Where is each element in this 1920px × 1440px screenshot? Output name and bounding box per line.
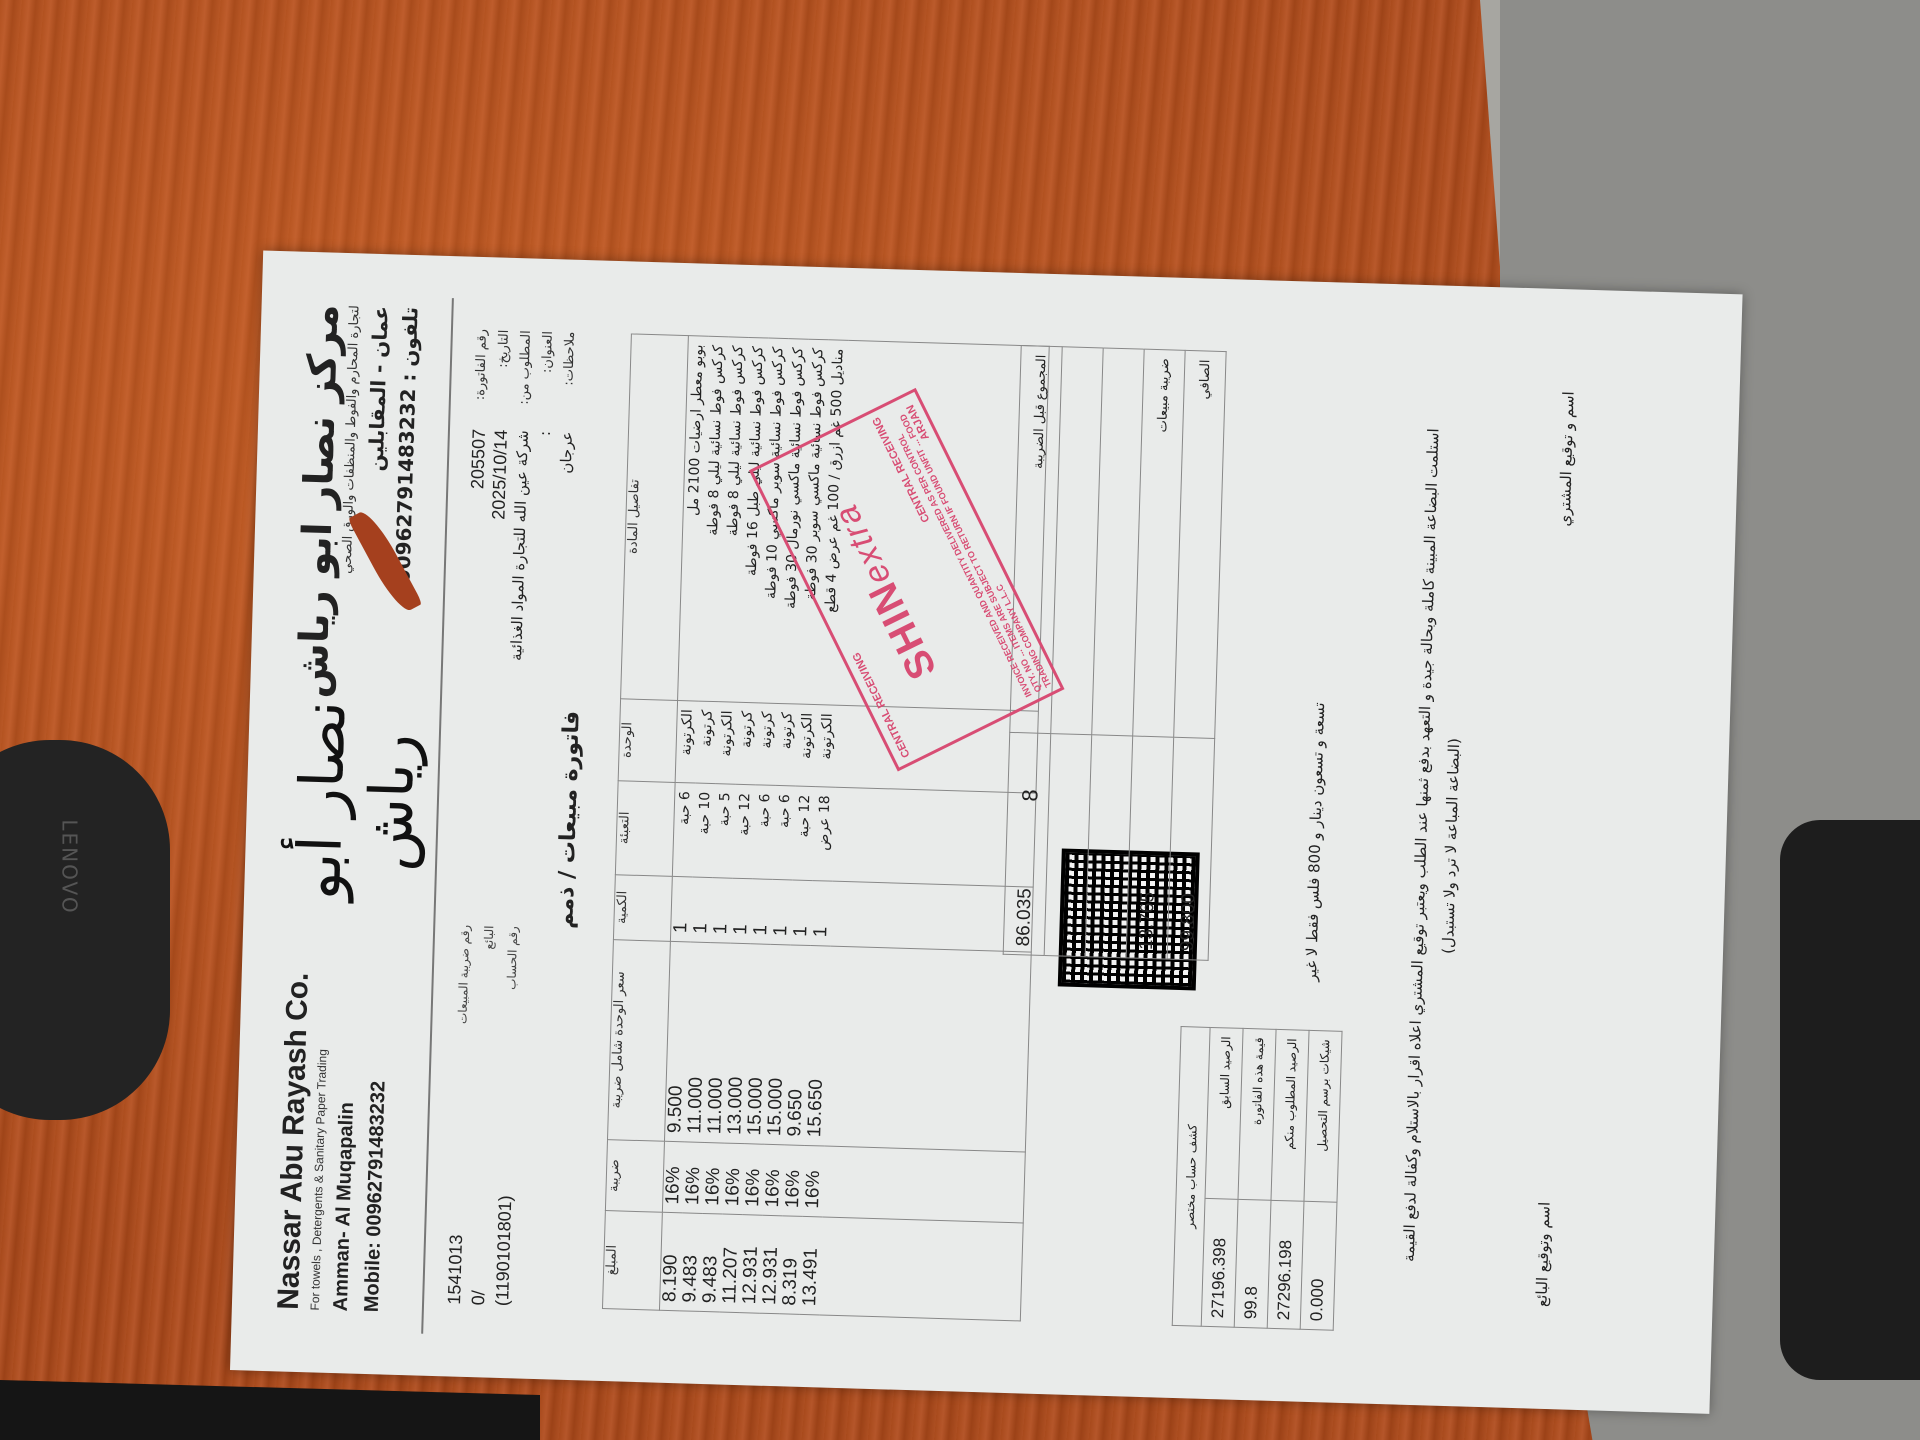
account-row-value: 27296.198: [1267, 1200, 1304, 1329]
items-header-3: الكمية: [613, 875, 672, 942]
item-pack: 5 حبة: [713, 784, 736, 878]
subtotal-value: 86.035: [1003, 733, 1051, 956]
item-unit: الكرتونة: [816, 705, 838, 788]
dark-object: [1780, 820, 1920, 1380]
invoice-header: Nassar Abu Rayash Co. For towels , Deter…: [271, 294, 454, 1334]
computer-mouse: [0, 740, 170, 1120]
invoice-date: 2025/10/14: [488, 429, 512, 520]
seller-label: البائع: [482, 925, 497, 949]
empty-cell: [1044, 734, 1092, 957]
items-header-6: المبلغ: [602, 1211, 662, 1310]
stamp-brand-suffix: extra: [826, 498, 898, 592]
invoice-no-label: رقم الفاتورة:: [472, 329, 490, 419]
address-label: العنوان:: [538, 331, 556, 421]
account-row-label: شيكات برسم التحصيل: [1304, 1030, 1342, 1201]
empty-cell: [1085, 735, 1133, 958]
sales-tax-value: 13.765: [1126, 736, 1174, 959]
item-unit: كرتونة: [696, 701, 718, 784]
vendor-mobile-ar: تلفون : 00962791483232: [386, 307, 422, 728]
item-unit: الكرتونة: [716, 702, 738, 785]
invoice-frame: Nassar Abu Rayash Co. For towels , Deter…: [271, 294, 1701, 1371]
notes-label: ملاحظات:: [560, 331, 578, 421]
vendor-english-block: Nassar Abu Rayash Co. For towels , Deter…: [272, 949, 395, 1312]
tax-number-label: رقم ضريبة المبيعات: [455, 925, 472, 1025]
vendor-address-en: Amman- Al Muqapalin: [330, 951, 364, 1312]
seller-signature-label: اسم وتوقيع البائع: [1532, 1202, 1553, 1308]
item-pack: 6 حبة: [672, 782, 695, 876]
item-pack: 10 حبة: [693, 783, 716, 877]
stamp-brand: SHINextra: [822, 497, 946, 687]
invoice-meta-left: 1541013رقم ضريبة المبيعات 0/البائع (1190…: [442, 924, 525, 1306]
account-row-label: قيمة هذه الفاتورة: [1238, 1028, 1276, 1199]
items-header-1: الوحدة: [618, 699, 677, 783]
account-number: (1190101801): [492, 1195, 516, 1306]
customer-address: :: [536, 431, 554, 437]
account-summary-table: كشف حساب مختصر الرصيد السابق27196.398قيم…: [1172, 1026, 1343, 1331]
items-header-5: ضريبة: [605, 1140, 664, 1213]
seller-code: 0/: [468, 1290, 489, 1306]
item-amount: 13.491: [800, 1217, 823, 1315]
items-header-2: التعبئة: [615, 781, 675, 877]
invoice-notes: عرجان: [557, 431, 576, 474]
account-summary-body: الرصيد السابق27196.398قيمة هذه الفاتورة9…: [1201, 1027, 1342, 1330]
item-pack: 6 حبة: [753, 785, 776, 879]
invoice-paper: Nassar Abu Rayash Co. For towels , Deter…: [230, 250, 1743, 1413]
date-label: التاريخ:: [494, 329, 512, 419]
account-row-label: الرصيد المطلوب منكم: [1271, 1029, 1309, 1200]
item-pack: 18 عرض: [813, 787, 836, 881]
tax-number: 1541013: [444, 1234, 467, 1305]
item-pack: 6 حبة: [773, 785, 796, 879]
invoice-no: 205507: [467, 429, 490, 490]
item-pack: 12 حبة: [793, 786, 816, 880]
terms-section: استلمت البضاعة المبينة كاملة وبحالة جيدة…: [1392, 357, 1481, 1334]
mouse-brand-label: LENOVO: [58, 819, 82, 914]
customer-label: المطلوب من:: [516, 330, 534, 420]
account-row-label: الرصيد السابق: [1205, 1027, 1243, 1198]
stamp-brand-main: SHIN: [860, 574, 945, 686]
account-row-value: 0.000: [1300, 1201, 1337, 1330]
account-row-value: 27196.398: [1201, 1198, 1238, 1327]
vendor-mobile-en: Mobile: 00962791483232: [361, 952, 395, 1313]
net-value: 99.800: [1167, 738, 1215, 961]
buyer-signature-label: اسم و توقيع المشتري: [1556, 391, 1578, 527]
item-pack: 12 حبة: [733, 784, 756, 878]
items-header-4: سعر الوحدة شامل ضريبة: [608, 940, 671, 1142]
invoice-meta-right: رقم الفاتورة:205507 التاريخ:2025/10/14 ا…: [459, 329, 581, 752]
item-unit: الكرتونة: [796, 704, 818, 787]
item-unit: الكرتونة: [675, 700, 698, 783]
account-row-value: 99.8: [1234, 1199, 1271, 1328]
item-unit: كرتونة: [776, 703, 798, 786]
item-unit: كرتونة: [736, 702, 758, 785]
item-unit: كرتونة: [756, 703, 778, 786]
item-tax: 16%: [803, 1145, 825, 1217]
account-number-label: رقم الحساب: [504, 926, 520, 990]
item-qty: 1: [811, 880, 833, 946]
